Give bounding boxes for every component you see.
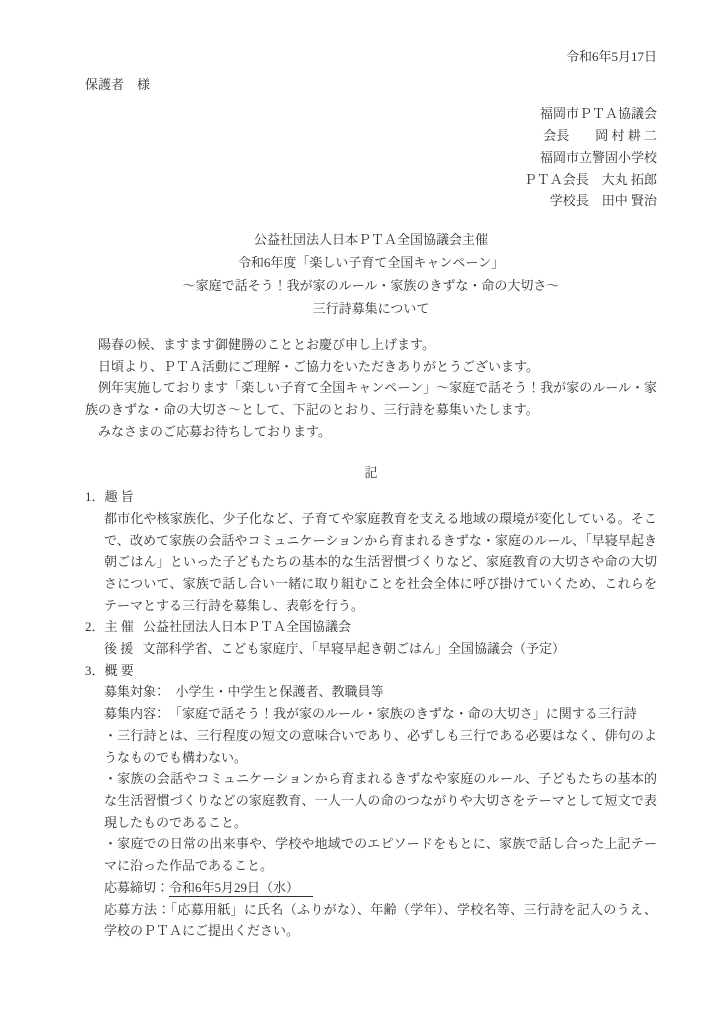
sender-block: 福岡市ＰＴＡ協議会 会長 岡 村 耕 二 福岡市立警固小学校 ＰＴＡ会長 大丸 … <box>85 103 657 212</box>
sender-principal: 学校長 田中 賢治 <box>85 190 657 212</box>
document-title: 公益社団法人日本ＰＴＡ全国協議会主催 令和6年度「楽しい子育て全国キャンペーン」… <box>85 228 657 320</box>
overview-content-line: 募集内容： 「家庭で話そう！我が家のルール・家族のきずな・命の大切さ」に関する三… <box>104 703 657 725</box>
overview-target-line: 募集対象： 小学生・中学生と保護者、教職員等 <box>104 681 657 703</box>
overview-bullet: ・家族の会話やコミュニケーションから育まれるきずなや家庭のルール、子どもたちの基… <box>104 768 657 833</box>
sender-organization: 福岡市ＰＴＡ協議会 <box>85 103 657 125</box>
section-overview: 3．概 要 募集対象： 小学生・中学生と保護者、教職員等 募集内容： 「家庭で話… <box>85 660 657 942</box>
section-overview-heading: 3．概 要 <box>85 660 657 682</box>
title-line-sponsor: 公益社団法人日本ＰＴＡ全国協議会主催 <box>85 228 657 251</box>
greeting-paragraph: 例年実施しております「楽しい子育て全国キャンペーン」～家庭で話そう！我が家のルー… <box>85 377 657 420</box>
deadline-value: 令和6年5月29日（水） <box>169 880 313 897</box>
section-purpose: 1．趣 旨 都市化や核家族化、少子化など、子育てや家庭教育を支える地域の環境が変… <box>85 486 657 616</box>
application-method-line: 応募方法：「応募用紙」に氏名（ふりがな）、年齢（学年）、学校名等、三行詩を記入の… <box>104 899 657 942</box>
greeting-block: 陽春の候、ますます御健勝のこととお慶び申し上げます。 日頃より、ＰＴＡ活動にご理… <box>85 334 657 443</box>
deadline-label: 応募締切： <box>104 880 169 895</box>
document-date: 令和6年5月17日 <box>85 46 657 68</box>
document-page: 令和6年5月17日 保護者 様 福岡市ＰＴＡ協議会 会長 岡 村 耕 二 福岡市… <box>0 0 724 1024</box>
section-purpose-body: 都市化や核家族化、少子化など、子育てや家庭教育を支える地域の環境が変化している。… <box>104 508 657 617</box>
sender-pta-president: ＰＴＡ会長 大丸 拓郎 <box>85 169 657 191</box>
title-line-subject: 三行詩募集について <box>85 297 657 320</box>
support-row: 後 援 文部科学省、こども家庭庁、「早寝早起き朝ごはん」全国協議会（予定） <box>104 638 657 660</box>
overview-bullet: ・三行詩とは、三行程度の短文の意味合いであり、必ずしも三行である必要はなく、俳句… <box>104 725 657 768</box>
section-purpose-heading: 1．趣 旨 <box>85 486 657 508</box>
recipient-line: 保護者 様 <box>85 74 657 96</box>
greeting-paragraph: 日頃より、ＰＴＡ活動にご理解・ご協力をいただきありがとうございます。 <box>85 356 657 378</box>
support-value: 文部科学省、こども家庭庁、「早寝早起き朝ごはん」全国協議会（予定） <box>143 641 566 656</box>
organizer-label: 2．主 催 <box>85 619 134 634</box>
support-label: 後 援 <box>104 641 133 656</box>
title-line-theme: ～家庭で話そう！我が家のルール・家族のきずな・命の大切さ～ <box>85 274 657 297</box>
section-organizer: 2．主 催 公益社団法人日本ＰＴＡ全国協議会 後 援 文部科学省、こども家庭庁、… <box>85 616 657 659</box>
greeting-paragraph: みなさまのご応募お待ちしております。 <box>85 421 657 443</box>
greeting-paragraph: 陽春の候、ますます御健勝のこととお慶び申し上げます。 <box>85 334 657 356</box>
organizer-row: 2．主 催 公益社団法人日本ＰＴＡ全国協議会 <box>85 616 657 638</box>
sender-chairman: 会長 岡 村 耕 二 <box>85 125 657 147</box>
title-line-campaign: 令和6年度「楽しい子育て全国キャンペーン」 <box>85 251 657 274</box>
organizer-value: 公益社団法人日本ＰＴＡ全国協議会 <box>143 619 351 634</box>
overview-bullet: ・家庭での日常の出来事や、学校や地域でのエピソードをもとに、家族で話し合った上記… <box>104 833 657 876</box>
sender-school: 福岡市立警固小学校 <box>85 147 657 169</box>
record-marker: 記 <box>85 462 657 484</box>
deadline-row: 応募締切：令和6年5月29日（水） <box>104 877 657 899</box>
